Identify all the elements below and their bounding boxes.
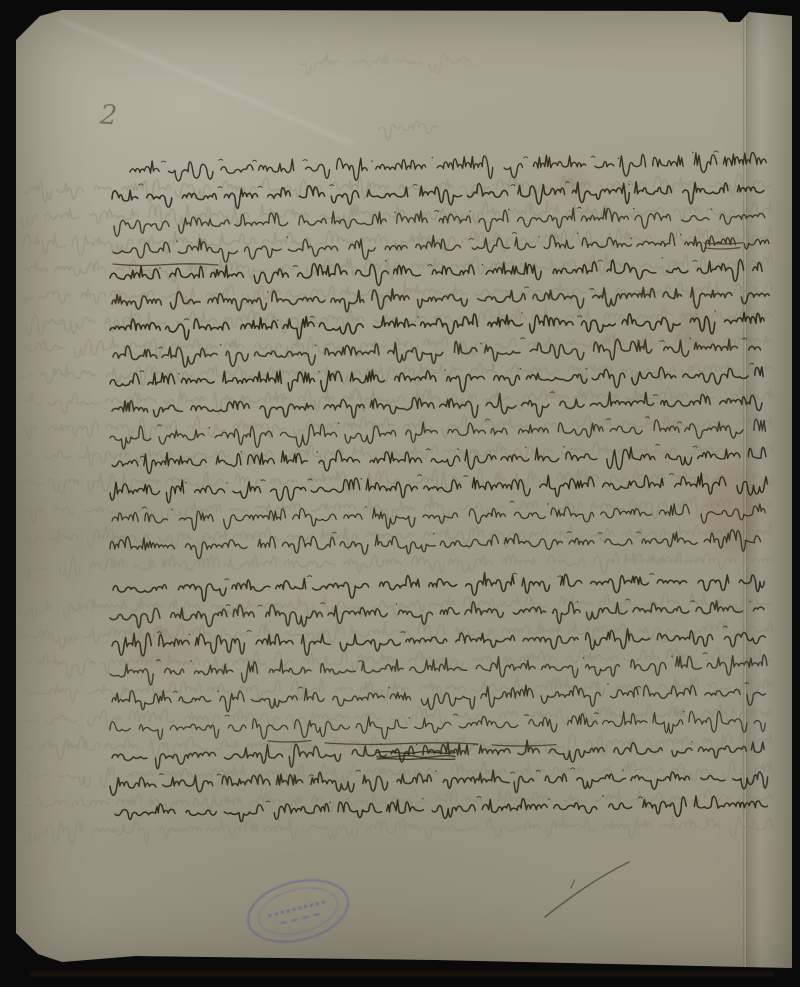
manuscript-page [16, 10, 794, 973]
paper-stain [676, 310, 714, 350]
photograph-background: 2 [0, 0, 800, 987]
paper-stain [136, 630, 196, 670]
paper-edge-shadow [30, 971, 774, 977]
paper-stain [706, 465, 761, 555]
paper-stain [556, 170, 590, 196]
page-number: 2 [99, 99, 118, 131]
